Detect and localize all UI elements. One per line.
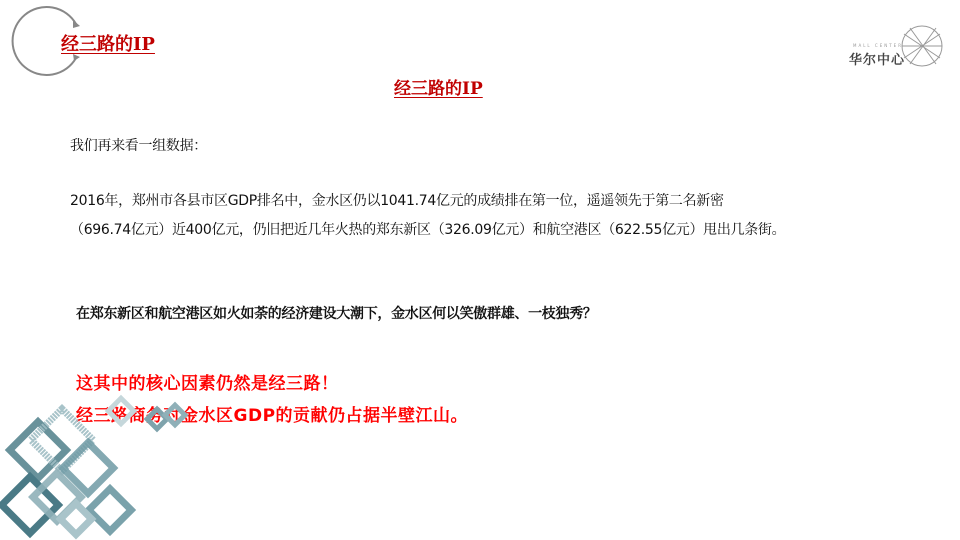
question-text: 在郑东新区和航空港区如火如荼的经济建设大潮下，金水区何以笑傲群雄、一枝独秀？ [76, 303, 597, 323]
paragraph-line-2: （696.74亿元）近400亿元，仍旧把近几年火热的郑东新区（326.09亿元）… [70, 219, 785, 239]
intro-text: 我们再来看一组数据： [70, 135, 207, 155]
corner-title: 经三路的IP [61, 30, 155, 56]
logo-subtext: MALL CENTER [853, 43, 903, 48]
slide-title: 经三路的IP [394, 74, 483, 99]
logo-text: 华尔中心 [849, 49, 905, 68]
diamond-pattern-decoration [0, 380, 200, 540]
paragraph-line-1: 2016年，郑州市各县市区GDP排名中，金水区仍以1041.74亿元的成绩排在第… [70, 190, 724, 210]
